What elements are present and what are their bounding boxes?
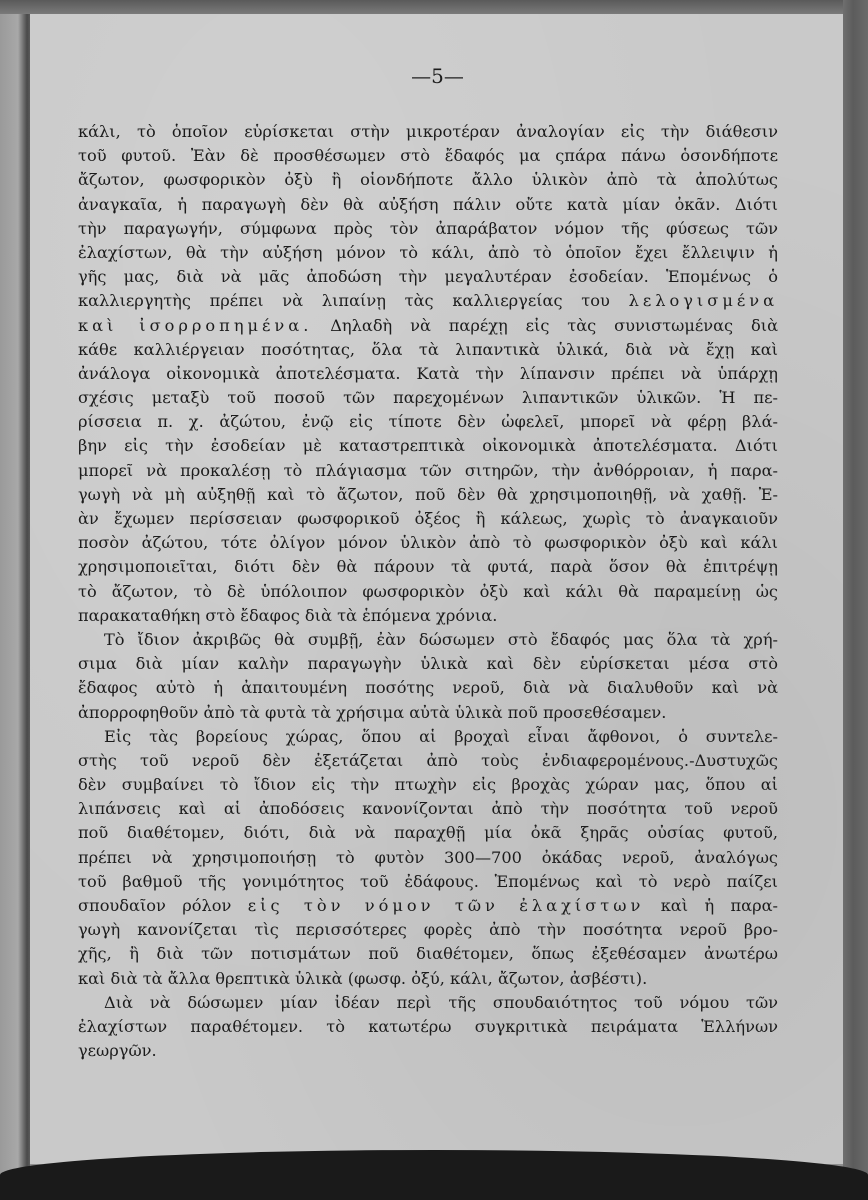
page-sheet: —5— κάλι, τὸ ὁποῖον εὑρίσκεται στὴν μικρ…	[30, 14, 845, 1164]
line-text: ἄζωτον, φωσφορικὸν ὀξὺ ἢ οἱονδήποτε ἄλλο…	[78, 170, 778, 189]
line-text: ἀναγκαῖα, ἡ παραγωγὴ δὲν θὰ αὐξήση πάλιν…	[78, 195, 778, 214]
page-top-edge	[0, 0, 868, 14]
text-line: ὰν ἔχωμεν περίσσειαν φωσφορικοῦ ὀξέος ἢ …	[78, 507, 778, 531]
text-line: καὶ ἰσορροπημένα. Δηλαδὴ νὰ παρέχῃ εἰς τ…	[78, 314, 778, 338]
text-line: καλλιεργητὴς πρέπει νὰ λιπαίνῃ τὰς καλλι…	[78, 289, 778, 313]
text-line: χῆς, ἢ διὰ τῶν ποτισμάτων ποῦ διαθέτομεν…	[78, 942, 778, 966]
line-text: ἀνάλογα οἰκονομικὰ ἀποτελέσματα. Κατὰ τὴ…	[78, 364, 778, 383]
line-text: γωγὴ νὰ μὴ αὐξηθῇ καὶ τὸ ἄζωτον, ποῦ δὲν…	[78, 485, 778, 504]
page-number: —5—	[30, 64, 845, 88]
text-line: ἔδαφος αὐτὸ ἡ ἀπαιτουμένη ποσότης νεροῦ,…	[78, 676, 778, 700]
text-line: σιμα διὰ μίαν καλὴν παραγωγὴν ὑλικὰ καὶ …	[78, 652, 778, 676]
text-line: ποῦ διαθέτομεν, διότι, διὰ νὰ παραχθῇ μί…	[78, 821, 778, 845]
text-line: λιπάνσεις καὶ αἱ ἀποδόσεις κανονίζονται …	[78, 797, 778, 821]
body-text: κάλι, τὸ ὁποῖον εὑρίσκεται στὴν μικροτέρ…	[78, 120, 778, 1063]
line-text: μπορεῖ νὰ προκαλέσῃ τὸ πλάγιασμα τῶν σιτ…	[78, 461, 778, 480]
text-line: στὴς τοῦ νεροῦ δὲν ἐξετάζεται ἀπὸ τοὺς ἐ…	[78, 749, 778, 773]
line-text: λιπάνσεις καὶ αἱ ἀποδόσεις κανονίζονται …	[78, 799, 778, 818]
line-text: καὶ διὰ τὰ ἄλλα θρεπτικὰ ὑλικὰ (φωσφ. ὀξ…	[78, 969, 647, 988]
book-gutter-edge	[0, 0, 30, 1200]
line-text: σιμα διὰ μίαν καλὴν παραγωγὴν ὑλικὰ καὶ …	[78, 654, 778, 673]
text-line: γεωργῶν.	[78, 1039, 778, 1063]
line-text: ρίσσεια π. χ. ἀζώτου, ἐνῷ εἰς τίποτε δὲν…	[78, 412, 778, 431]
text-line: δὲν συμβαίνει τὸ ἴδιον εἰς τὴν πτωχὴν εἰ…	[78, 773, 778, 797]
line-text: τὸ ἄζωτον, τὸ δὲ ὑπόλοιπον φωσφορικὸν ὀξ…	[78, 582, 778, 601]
line-text: ὰν ἔχωμεν περίσσειαν φωσφορικοῦ ὀξέος ἢ …	[78, 509, 778, 528]
line-text: τοῦ φυτοῦ. Ἐὰν δὲ προσθέσωμεν στὸ ἔδαφός…	[78, 146, 778, 165]
text-line: ποσὸν ἀζώτου, τότε ὀλίγον μόνον ὑλικὸν ἀ…	[78, 531, 778, 555]
line-text: καὶ ἡ παρα-	[661, 896, 778, 915]
text-line: τοῦ βαθμοῦ τῆς γονιμότητος τοῦ ἐδάφους. …	[78, 870, 778, 894]
text-line: γωγὴ νὰ μὴ αὐξηθῇ καὶ τὸ ἄζωτον, ποῦ δὲν…	[78, 483, 778, 507]
line-text: γωγὴ κανονίζεται τὶς περισσότερες φορὲς …	[78, 920, 778, 939]
emphasized-text: καὶ ἰσορροπημένα.	[78, 316, 312, 335]
line-text: βην εἰς τὴν ἐσοδείαν μὲ καταστρεπτικὰ οἰ…	[78, 436, 778, 455]
line-text: γεωργῶν.	[78, 1041, 157, 1060]
text-line: σπουδαῖον ρόλον εἰς τὸν νόμον τῶν ἐλαχίσ…	[78, 894, 778, 918]
line-text: χρησιμοποιεῖται, διότι δὲν θὰ πάρουν τὰ …	[78, 557, 778, 576]
text-line: γωγὴ κανονίζεται τὶς περισσότερες φορὲς …	[78, 918, 778, 942]
text-line: γῆς μας, διὰ νὰ μᾶς ἀποδώση τὴν μεγαλυτέ…	[78, 265, 778, 289]
text-line: πρέπει νὰ χρησιμοποιήσῃ τὸ φυτὸν 300—700…	[78, 846, 778, 870]
line-text: σχέσις μεταξὺ τοῦ ποσοῦ τῶν παρεχομένων …	[78, 388, 778, 407]
line-text: στὴς τοῦ νεροῦ δὲν ἐξετάζεται ἀπὸ τοὺς ἐ…	[78, 751, 778, 770]
line-text: πρέπει νὰ χρησιμοποιήσῃ τὸ φυτὸν 300—700…	[78, 848, 778, 867]
line-text: ἐλαχίστων, θὰ τὴν αὐξήση μόνον τὸ κάλι, …	[78, 243, 778, 262]
text-line: χρησιμοποιεῖται, διότι δὲν θὰ πάρουν τὰ …	[78, 555, 778, 579]
text-line: βην εἰς τὴν ἐσοδείαν μὲ καταστρεπτικὰ οἰ…	[78, 434, 778, 458]
line-text: καλλιεργητὴς πρέπει νὰ λιπαίνῃ τὰς καλλι…	[78, 291, 610, 310]
text-line: ἐλαχίστων, θὰ τὴν αὐξήση μόνον τὸ κάλι, …	[78, 241, 778, 265]
line-text: κάλι, τὸ ὁποῖον εὑρίσκεται στὴν μικροτέρ…	[78, 122, 778, 141]
text-line: ἀπορροφηθοῦν ἀπὸ τὰ φυτὰ τὰ χρήσιμα αὐτὰ…	[78, 701, 778, 725]
text-line: Τὸ ἴδιον ἀκριβῶς θὰ συμβῇ, ἐὰν δώσωμεν σ…	[78, 628, 778, 652]
line-text: ποσὸν ἀζώτου, τότε ὀλίγον μόνον ὑλικὸν ἀ…	[78, 533, 778, 552]
line-text: γῆς μας, διὰ νὰ μᾶς ἀποδώση τὴν μεγαλυτέ…	[78, 267, 778, 286]
text-line: Διὰ νὰ δώσωμεν μίαν ἰδέαν περὶ τῆς σπουδ…	[78, 991, 778, 1015]
line-text: ἐλαχίστων παραθέτομεν. τὸ κατωτέρω συγκρ…	[78, 1017, 778, 1036]
line-text: τὴν παραγωγήν, σύμφωνα πρὸς τὸν ἀπαράβατ…	[78, 219, 778, 238]
line-text: Εἰς τὰς βορείους χώρας, ὅπου αἱ βροχαὶ ε…	[104, 727, 778, 746]
text-line: ἀναγκαῖα, ἡ παραγωγὴ δὲν θὰ αὐξήση πάλιν…	[78, 193, 778, 217]
text-line: Εἰς τὰς βορείους χώρας, ὅπου αἱ βροχαὶ ε…	[78, 725, 778, 749]
line-text: κάθε καλλιέργειαν ποσότητας, ὅλα τὰ λιπα…	[78, 340, 778, 359]
text-line: ἀνάλογα οἰκονομικὰ ἀποτελέσματα. Κατὰ τὴ…	[78, 362, 778, 386]
text-line: ἄζωτον, φωσφορικὸν ὀξὺ ἢ οἱονδήποτε ἄλλο…	[78, 168, 778, 192]
line-text: ποῦ διαθέτομεν, διότι, διὰ νὰ παραχθῇ μί…	[78, 823, 778, 842]
text-line: κάλι, τὸ ὁποῖον εὑρίσκεται στὴν μικροτέρ…	[78, 120, 778, 144]
line-text: δὲν συμβαίνει τὸ ἴδιον εἰς τὴν πτωχὴν εἰ…	[78, 775, 778, 794]
line-text: ἔδαφος αὐτὸ ἡ ἀπαιτουμένη ποσότης νεροῦ,…	[78, 678, 778, 697]
line-text: παρακαταθήκη στὸ ἔδαφος διὰ τὰ ἑπόμενα χ…	[78, 606, 497, 625]
line-text: ἀπορροφηθοῦν ἀπὸ τὰ φυτὰ τὰ χρήσιμα αὐτὰ…	[78, 703, 666, 722]
text-line: μπορεῖ νὰ προκαλέσῃ τὸ πλάγιασμα τῶν σιτ…	[78, 459, 778, 483]
line-text: Τὸ ἴδιον ἀκριβῶς θὰ συμβῇ, ἐὰν δώσωμεν σ…	[104, 630, 778, 649]
text-line: τοῦ φυτοῦ. Ἐὰν δὲ προσθέσωμεν στὸ ἔδαφός…	[78, 144, 778, 168]
page-right-edge	[843, 0, 868, 1200]
line-text: χῆς, ἢ διὰ τῶν ποτισμάτων ποῦ διαθέτομεν…	[78, 944, 778, 963]
scanner-bottom-shadow	[0, 1150, 868, 1200]
line-text: Διὰ νὰ δώσωμεν μίαν ἰδέαν περὶ τῆς σπουδ…	[104, 993, 778, 1012]
text-line: ρίσσεια π. χ. ἀζώτου, ἐνῷ εἰς τίποτε δὲν…	[78, 410, 778, 434]
emphasized-text: εἰς τὸν νόμον τῶν ἐλαχίστων	[248, 896, 645, 915]
line-text: τοῦ βαθμοῦ τῆς γονιμότητος τοῦ ἐδάφους. …	[78, 872, 778, 891]
line-text: Δηλαδὴ νὰ παρέχῃ εἰς τὰς συνιστωμένας δι…	[330, 316, 778, 335]
text-line: σχέσις μεταξὺ τοῦ ποσοῦ τῶν παρεχομένων …	[78, 386, 778, 410]
text-line: ἐλαχίστων παραθέτομεν. τὸ κατωτέρω συγκρ…	[78, 1015, 778, 1039]
text-line: παρακαταθήκη στὸ ἔδαφος διὰ τὰ ἑπόμενα χ…	[78, 604, 778, 628]
emphasized-text: λελογισμένα	[629, 291, 778, 310]
text-line: κάθε καλλιέργειαν ποσότητας, ὅλα τὰ λιπα…	[78, 338, 778, 362]
line-text: σπουδαῖον ρόλον	[78, 896, 231, 915]
text-line: καὶ διὰ τὰ ἄλλα θρεπτικὰ ὑλικὰ (φωσφ. ὀξ…	[78, 967, 778, 991]
text-line: τὸ ἄζωτον, τὸ δὲ ὑπόλοιπον φωσφορικὸν ὀξ…	[78, 580, 778, 604]
scanned-book-page: —5— κάλι, τὸ ὁποῖον εὑρίσκεται στὴν μικρ…	[0, 0, 868, 1200]
text-line: τὴν παραγωγήν, σύμφωνα πρὸς τὸν ἀπαράβατ…	[78, 217, 778, 241]
